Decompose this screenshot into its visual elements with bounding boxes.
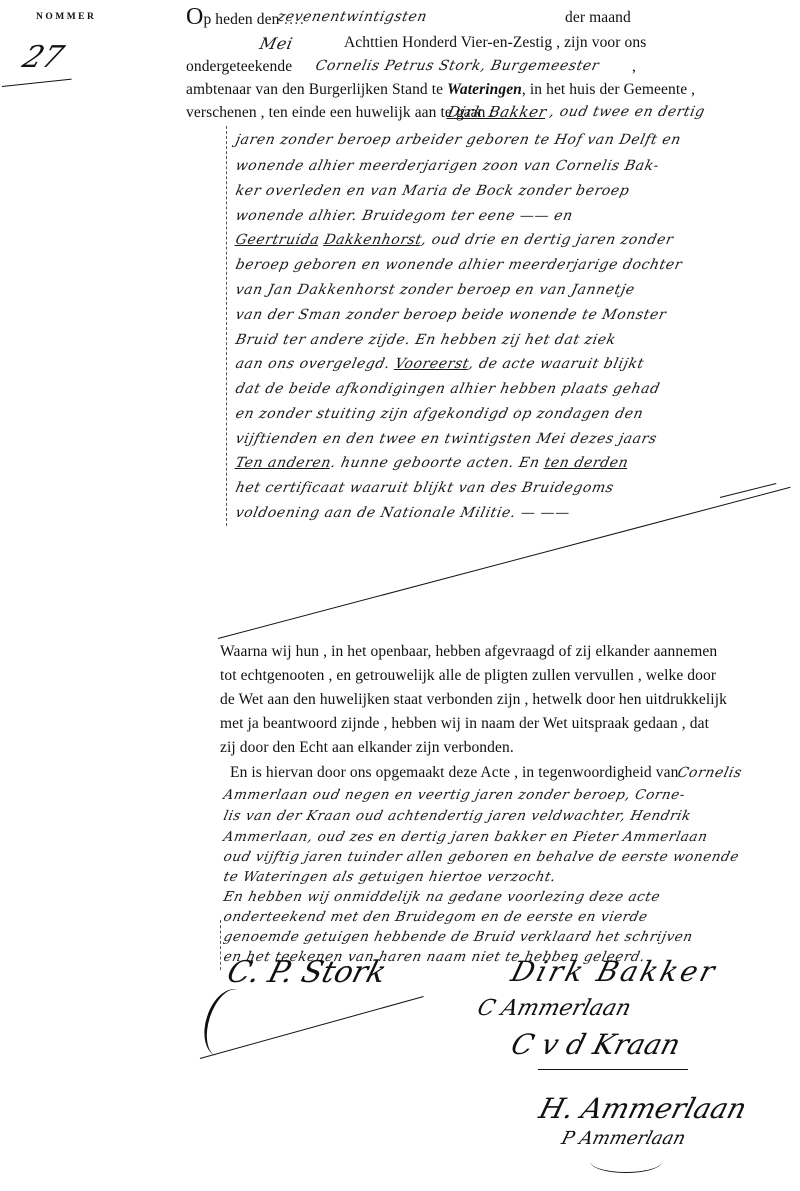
witness-line: Ammerlaan, oud zes en dertig jaren bakke… (222, 829, 709, 845)
body-line: Bruid ter andere zijde. En hebben zij he… (234, 332, 617, 348)
witness-4-flourish (590, 1150, 662, 1173)
witness-intro-handwritten: Cornelis (676, 765, 743, 781)
witness-line: oud vijftig jaren tuinder allen geboren … (222, 849, 741, 865)
body-end-flourish (720, 483, 777, 498)
formula-line: Waarna wij hun , in het openbaar, hebben… (220, 643, 717, 661)
date-prefix: p heden den (203, 11, 279, 28)
formula-line: tot echtgenooten , en getrouwelijk alle … (220, 667, 716, 685)
body-line: jaren zonder beroep arbeider geboren te … (234, 132, 683, 148)
witness-line: Ammerlaan oud negen en veertig jaren zon… (222, 787, 687, 803)
witness-intro: En is hiervan door ons opgemaakt deze Ac… (230, 764, 678, 782)
bride-details: , oud drie en dertig jaren zonder (420, 232, 675, 248)
body-line: wonende alhier meerderjarigen zoon van C… (234, 158, 661, 174)
record-number-underline (2, 79, 72, 88)
closing-line: En hebben wij onmiddelijk na gedane voor… (222, 889, 662, 905)
groom-name: Dirk Bakker (446, 103, 548, 121)
signature-groom: Dirk Bakker (508, 955, 722, 988)
ten-derden: ten derden (543, 455, 630, 471)
undersigned-label: ondergeteekende (186, 58, 292, 76)
day-handwritten: zevenentwintigsten (276, 9, 429, 25)
body-line-bride: Geertruida Dakkenhorst, oud drie en dert… (234, 232, 675, 248)
body-line: dat de beide afkondigingen alhier hebben… (234, 381, 661, 397)
body-line: voldoening aan de Nationale Militie. — —… (234, 505, 571, 521)
body-line-vooreerst: aan ons overgelegd. Vooreerst, de acte w… (234, 356, 646, 372)
vooreerst: Vooreerst (393, 356, 470, 372)
formula-line: met ja beantwoord zijnde , hebben wij in… (220, 715, 709, 733)
nommer-label: NOMMER (36, 12, 96, 22)
registrar-line: ambtenaar van den Burgerlijken Stand te … (186, 81, 695, 99)
signature-witness-1: C Ammerlaan (475, 996, 634, 1021)
formula-line: de Wet aan den huwelijken staat verbonde… (220, 691, 727, 709)
body-line: beroep geboren en wonende alhier meerder… (234, 257, 684, 273)
body-line: van der Sman zonder beroep beide wonende… (234, 307, 668, 323)
year-text: Achttien Honderd Vier-en-Zestig , zijn v… (344, 34, 646, 52)
body-line: vijftienden en den twee en twintigsten M… (234, 431, 658, 447)
comma: , (632, 58, 636, 76)
witness-line: te Wateringen als getuigen hiertoe verzo… (222, 869, 558, 885)
text: , de acte waaruit blijkt (467, 356, 645, 372)
margin-rule (226, 126, 227, 526)
official-handwritten: Cornelis Petrus Stork, Burgemeester (314, 58, 601, 74)
text: aan ons overgelegd. (234, 356, 392, 372)
signature-witness-3: H. Ammerlaan (536, 1092, 751, 1125)
signature-witness-2: C v d Kraan (508, 1028, 684, 1061)
registrar-prefix: ambtenaar van den Burgerlijken Stand te (186, 81, 443, 98)
groom-age-start: , oud twee en dertig (548, 104, 707, 120)
body-line: en zonder stuiting zijn afgekondigd op z… (234, 406, 645, 422)
witness-line: lis van der Kraan oud achtendertig jaren… (222, 808, 693, 824)
month-label: der maand (565, 9, 631, 27)
registrar-suffix: , in het huis der Gemeente , (522, 81, 695, 98)
witness-2-underline (538, 1069, 688, 1070)
formula-line: zij door den Echt aan elkander zijn verb… (220, 739, 514, 757)
month-handwritten: Mei (258, 34, 295, 53)
closing-line: onderteekend met den Bruidegom en de eer… (222, 909, 649, 925)
body-line: het certificaat waaruit blijkt van des B… (234, 480, 615, 496)
margin-rule-lower (220, 920, 221, 970)
bride-last-name: Dakkenhorst (323, 232, 424, 248)
initial-capital: O (186, 4, 203, 30)
body-line: wonende alhier. Bruidegom ter eene —— en (234, 208, 574, 224)
text: . hunne geboorte acten. En (329, 455, 541, 471)
body-line: van Jan Dakkenhorst zonder beroep en van… (234, 282, 636, 298)
body-line: ker overleden en van Maria de Bock zonde… (234, 183, 631, 199)
ten-anderen: Ten anderen (234, 455, 333, 471)
body-line-ten-anderen: Ten anderen. hunne geboorte acten. En te… (234, 455, 630, 471)
bride-first-name: Geertruida (234, 232, 321, 248)
signature-official: C. P. Stork (223, 955, 390, 990)
place-name: Wateringen (447, 81, 522, 98)
record-number: 27 (18, 40, 68, 75)
closing-line: genoemde getuigen hebbende de Bruid verk… (222, 929, 694, 945)
signature-witness-4: P Ammerlaan (559, 1128, 688, 1149)
